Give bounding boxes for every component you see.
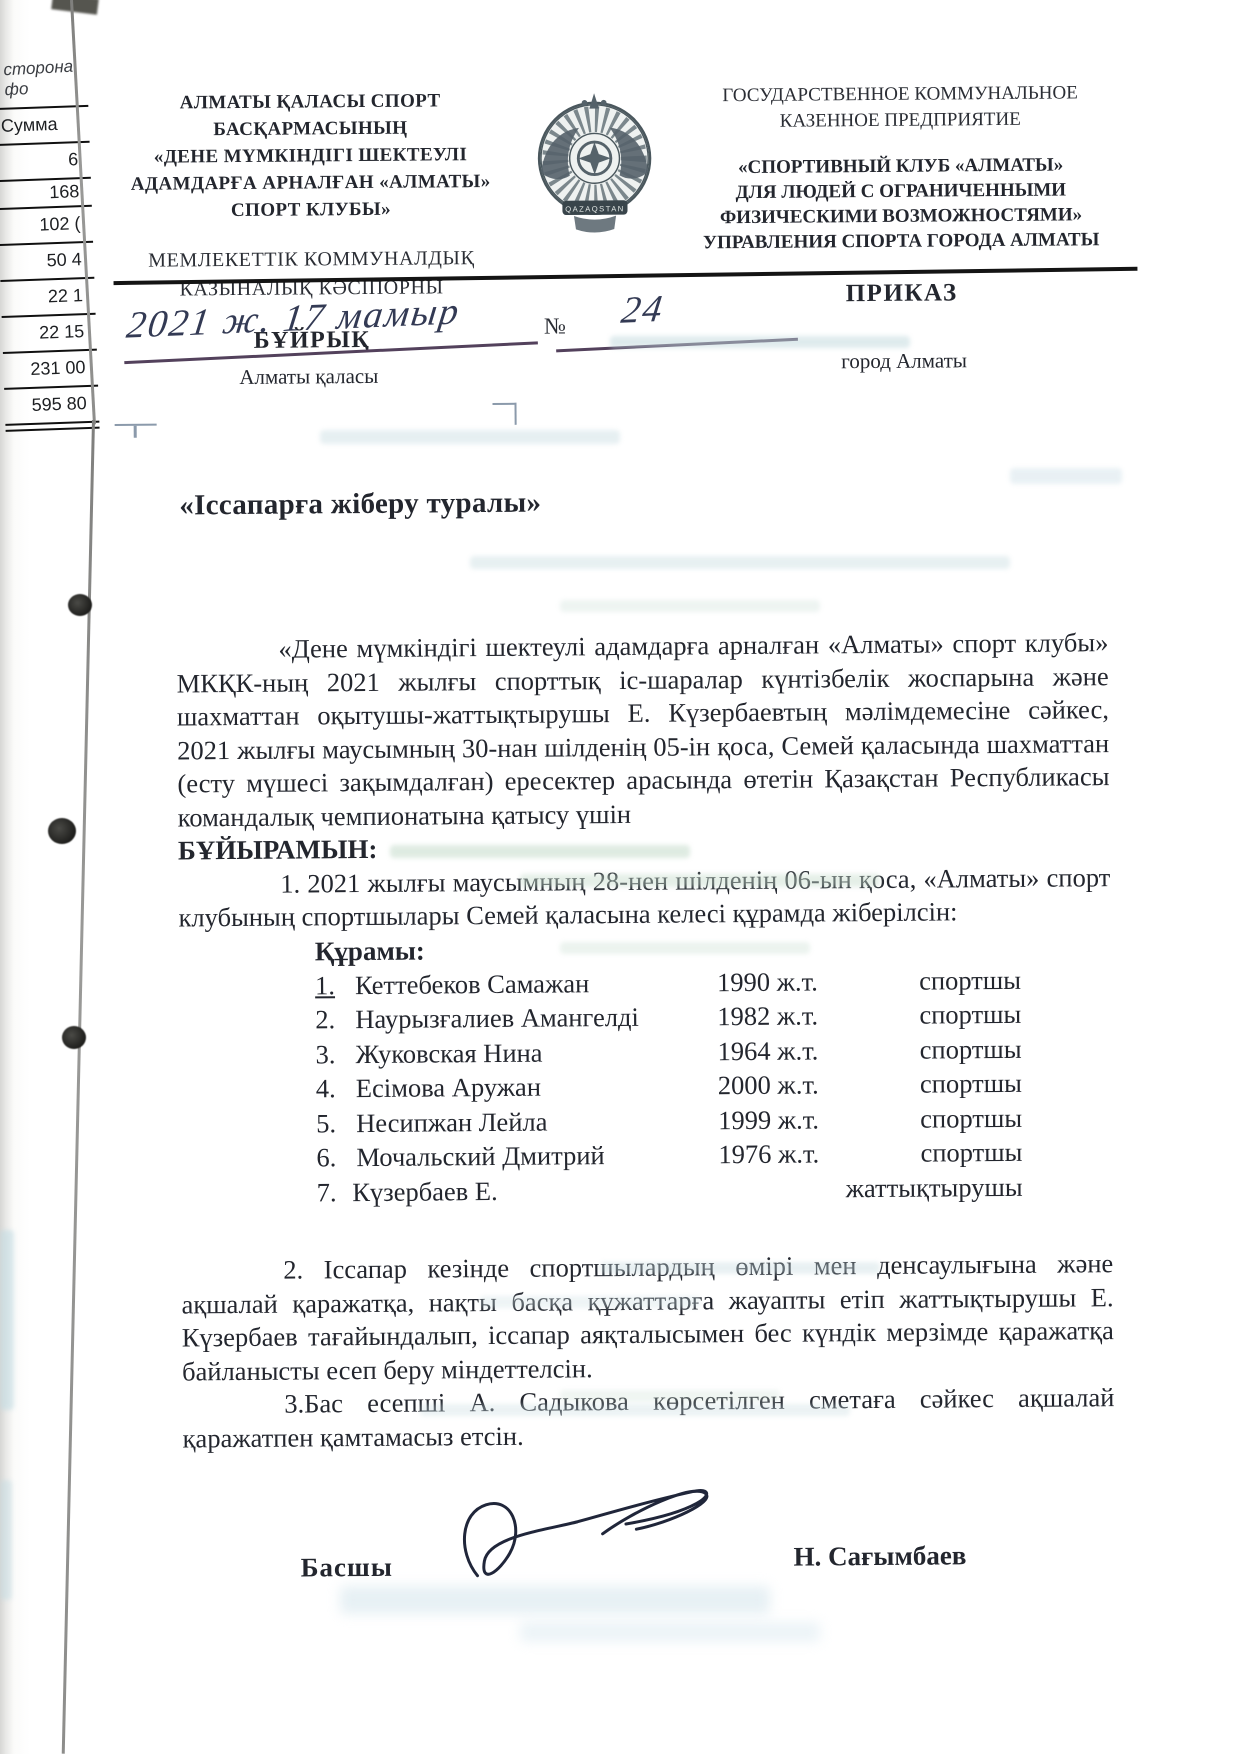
body-paragraph-1: «Дене мүмкіндігі шектеулі адамдарға арна… <box>176 626 1110 834</box>
org-name-line: «СПОРТИВНЫЙ КЛУБ «АЛМАТЫ» <box>683 152 1119 180</box>
roster-name: Жуковская Нина <box>355 1034 717 1071</box>
roster-number: 6. <box>316 1140 356 1175</box>
roster: Құрамы: 1. Кеттебеков Самажан 1990 ж.т. … <box>315 928 1023 1209</box>
roster-row: 5. Несипжан Лейла 1999 ж.т. спортшы <box>316 1100 1022 1140</box>
roster-row: 4. Есімова Аружан 2000 ж.т. спортшы <box>316 1066 1022 1106</box>
frame-mark-left <box>115 424 157 440</box>
roster-role: спортшы <box>909 962 1021 997</box>
org-name-line: СПОРТ КЛУБЫ» <box>110 195 512 225</box>
org-type-line: ГОСУДАРСТВЕННОЕ КОММУНАЛЬНОЕ <box>682 80 1118 109</box>
roster-number: 3. <box>315 1037 355 1072</box>
place-russian: город Алматы <box>841 348 967 374</box>
roster-name: Күзербаев Е. <box>352 1172 675 1209</box>
roster-number: 5. <box>316 1106 356 1141</box>
bleed-artifact <box>390 845 690 858</box>
bleed-artifact <box>600 1262 880 1274</box>
org-name-kk: АЛМАТЫ ҚАЛАСЫ СПОРТ БАСҚАРМАСЫНЫҢ«ДЕНЕ М… <box>109 87 512 225</box>
place-kazakh: Алматы қаласы <box>239 364 378 390</box>
bleed-artifact <box>520 1622 820 1642</box>
bleed-artifact <box>470 556 1010 569</box>
doc-type-russian: ПРИКАЗ <box>684 278 1120 309</box>
roster-birth-year: 2000 ж.т. <box>718 1067 910 1103</box>
roster-row: 2. Наурызғалиев Амангелді 1982 ж.т. спор… <box>315 997 1021 1037</box>
org-name-line: ДЛЯ ЛЮДЕЙ С ОГРАНИЧЕННЫМИ <box>683 177 1119 205</box>
roster-role: спортшы <box>910 1100 1022 1135</box>
roster-name: Наурызғалиев Амангелді <box>355 999 717 1036</box>
kazakhstan-coat-of-arms: QAZAQSTAN <box>527 86 662 244</box>
signer-position: Басшы <box>301 1552 393 1584</box>
signer-name: Н. Сағымбаев <box>793 1540 966 1572</box>
roster-role: спортшы <box>909 997 1021 1032</box>
roster-role: спортшы <box>910 1066 1022 1101</box>
roster-birth-year <box>675 1171 846 1207</box>
org-type-line: МЕМЛЕКЕТТІК КОММУНАЛДЫҚ <box>110 244 512 276</box>
roster-row: 3. Жуковская Нина 1964 ж.т. спортшы <box>315 1031 1021 1071</box>
roster-name: Есімова Аружан <box>356 1068 718 1105</box>
org-name-line: АДАМДАРҒА АРНАЛҒАН «АЛМАТЫ» <box>110 168 512 198</box>
roster-number: 2. <box>315 1002 355 1037</box>
order-body: «Дене мүмкіндігі шектеулі адамдарға арна… <box>176 626 1114 1455</box>
bleed-artifact <box>560 1390 780 1402</box>
roster-role: жаттықтырушы <box>846 1169 1023 1205</box>
roster-birth-year: 1990 ж.т. <box>717 963 909 999</box>
bleed-artifact <box>520 874 880 887</box>
roster-name: Кеттебеков Самажан <box>355 965 717 1002</box>
roster-number: 7. <box>317 1175 353 1210</box>
bleed-artifact <box>0 1230 14 1410</box>
roster-rows: 1. Кеттебеков Самажан 1990 ж.т. спортшы … <box>315 962 1023 1209</box>
org-name-line: АЛМАТЫ ҚАЛАСЫ СПОРТ БАСҚАРМАСЫНЫҢ <box>109 87 511 144</box>
roster-row: 6. Мочальский Дмитрий 1976 ж.т. спортшы <box>316 1135 1022 1175</box>
bleed-artifact <box>0 1480 12 1600</box>
roster-birth-year: 1976 ж.т. <box>718 1136 910 1172</box>
roster-role: спортшы <box>909 1031 1021 1066</box>
emblem-banner-text: QAZAQSTAN <box>565 204 625 213</box>
bleed-artifact <box>1010 468 1122 484</box>
roster-number: 4. <box>316 1071 356 1106</box>
bleed-artifact <box>560 600 820 612</box>
roster-row: 7. Күзербаев Е. жаттықтырушы <box>317 1169 1023 1209</box>
roster-row: 1. Кеттебеков Самажан 1990 ж.т. спортшы <box>315 962 1021 1002</box>
org-name-line: УПРАВЛЕНИЯ СПОРТА ГОРОДА АЛМАТЫ <box>683 227 1119 255</box>
roster-name: Мочальский Дмитрий <box>356 1137 718 1174</box>
roster-name: Несипжан Лейла <box>356 1103 718 1140</box>
bleed-artifact <box>340 1586 770 1614</box>
org-type-line: КАЗЕННОЕ ПРЕДПРИЯТИЕ <box>682 106 1118 135</box>
roster-number: 1. <box>315 968 355 1003</box>
body-item-1: 1. 2021 жылғы маусымның 28-нен шілденің … <box>178 861 1110 935</box>
roster-birth-year: 1964 ж.т. <box>717 1032 909 1068</box>
bleed-artifact <box>420 1404 850 1416</box>
bleed-artifact <box>610 336 910 348</box>
org-type-ru: ГОСУДАРСТВЕННОЕ КОММУНАЛЬНОЕКАЗЕННОЕ ПРЕ… <box>682 80 1118 135</box>
org-name-ru: «СПОРТИВНЫЙ КЛУБ «АЛМАТЫ»ДЛЯ ЛЮДЕЙ С ОГР… <box>683 152 1120 255</box>
roster-birth-year: 1982 ж.т. <box>717 998 909 1034</box>
org-name-line: ФИЗИЧЕСКИМИ ВОЗМОЖНОСТЯМИ» <box>683 202 1119 230</box>
org-name-line: «ДЕНЕ МҮМКІНДІГІ ШЕКТЕУЛІ <box>109 141 511 171</box>
frame-mark-right <box>492 403 516 425</box>
bleed-artifact <box>560 942 810 954</box>
bleed-artifact <box>320 430 620 444</box>
number-sign: № <box>544 313 566 339</box>
bleed-artifact <box>480 1296 700 1308</box>
handwritten-order-number: 24 <box>619 287 667 333</box>
order-title: «Іссапарға жіберу туралы» <box>179 487 541 523</box>
roster-birth-year: 1999 ж.т. <box>718 1101 910 1137</box>
roster-role: спортшы <box>910 1135 1022 1170</box>
